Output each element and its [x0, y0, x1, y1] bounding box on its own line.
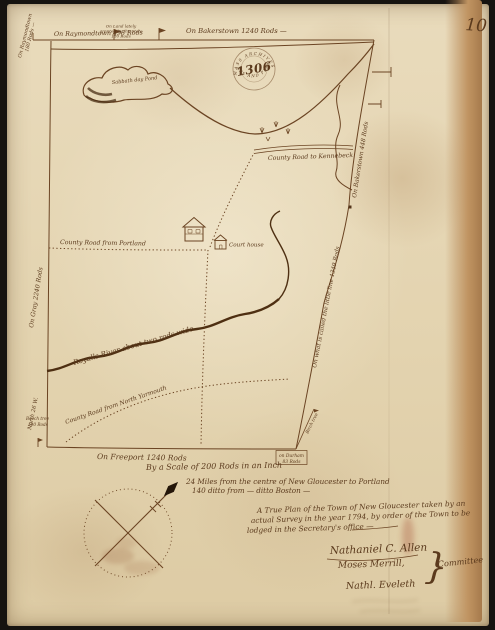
- bottom-border-line: [47, 447, 296, 449]
- brook-wiggle: [336, 85, 352, 190]
- map-labels: 10 On Raymondtown 180 Rods — On Raymondt…: [17, 13, 488, 592]
- label-state-land-3: 180 Rods: [111, 34, 130, 39]
- stamp-ring-bottom-text: MAPS AND PLANS: [0, 0, 274, 123]
- label-miles-2: 140 ditto from — ditto Boston —: [192, 486, 310, 495]
- north-needle-icon: [161, 479, 181, 499]
- label-bakerstown-top: On Bakerstown 1240 Rods —: [186, 27, 287, 35]
- road-from-portland: [49, 248, 208, 250]
- bottom-right-flag: [314, 409, 319, 413]
- label-road-portland: County Road from Portland: [60, 239, 146, 247]
- courthouse-roof: [214, 235, 227, 241]
- royalls-river-upper: [270, 211, 288, 299]
- label-corner-note-2: 100 Rods: [28, 422, 48, 427]
- pond-shading: [86, 88, 116, 102]
- courthouse-door: [220, 245, 223, 249]
- survey-post: [349, 206, 352, 209]
- right-tick-1: [372, 67, 391, 77]
- road-northeast-connector: [210, 153, 254, 247]
- label-scale: By a Scale of 200 Rods in an Inch: [145, 461, 282, 472]
- map-drawing: MASS ARCHIVES MAPS AND PLANS 1306 10 On …: [0, 0, 495, 630]
- label-corner-note-1: Beech tree: [25, 416, 50, 421]
- right-tick-2: [368, 100, 381, 108]
- label-little-line: On what is called the little line 1349 R…: [312, 246, 341, 368]
- label-miles-1: 24 Miles from the centre of New Gloucest…: [185, 477, 390, 486]
- compass-stain-2: [124, 561, 160, 575]
- label-durham-1: on Durham: [279, 454, 304, 459]
- label-road-kennebeck: County Road to Kennebeck: [268, 152, 354, 162]
- label-gray: On Gray 2240 Rods: [28, 267, 45, 329]
- compass-stain-3: [116, 537, 136, 549]
- left-border-line: [47, 41, 51, 447]
- top-border-line: [51, 42, 374, 49]
- meetinghouse-windows: [185, 230, 203, 235]
- stamp-ring-bottom: MAPS AND PLANS: [0, 0, 274, 123]
- right-border-line: [296, 40, 374, 449]
- road-to-meetinghouse-south: [201, 250, 208, 446]
- label-courthouse: Court house: [229, 243, 264, 249]
- compass-stain-1: [102, 548, 134, 564]
- scanned-map-page: MASS ARCHIVES MAPS AND PLANS 1306 10 On …: [0, 0, 495, 630]
- compass-rose: [84, 479, 181, 577]
- label-river: Royalls River about two rods wide: [71, 324, 194, 367]
- bottom-left-flag: [38, 438, 43, 442]
- label-freeport: On Freeport 1240 Rods: [97, 452, 187, 463]
- signature-1: Nathaniel C. Allen: [329, 542, 428, 557]
- label-road-yarmouth: County Road from North Yarmouth: [64, 384, 167, 425]
- label-durham-2: 83 Rods: [283, 460, 302, 465]
- label-pond: Sabbath day Pond: [112, 75, 158, 86]
- ruler-flag-2: [159, 28, 166, 33]
- signature-3: Nathl. Eveleth: [345, 579, 416, 592]
- meetinghouse-roof: [183, 218, 205, 228]
- bleed-through-marks: [352, 600, 420, 612]
- page-number: 10: [465, 15, 488, 36]
- signature-2: Moses Merrill,: [337, 559, 405, 571]
- roads: [49, 121, 353, 446]
